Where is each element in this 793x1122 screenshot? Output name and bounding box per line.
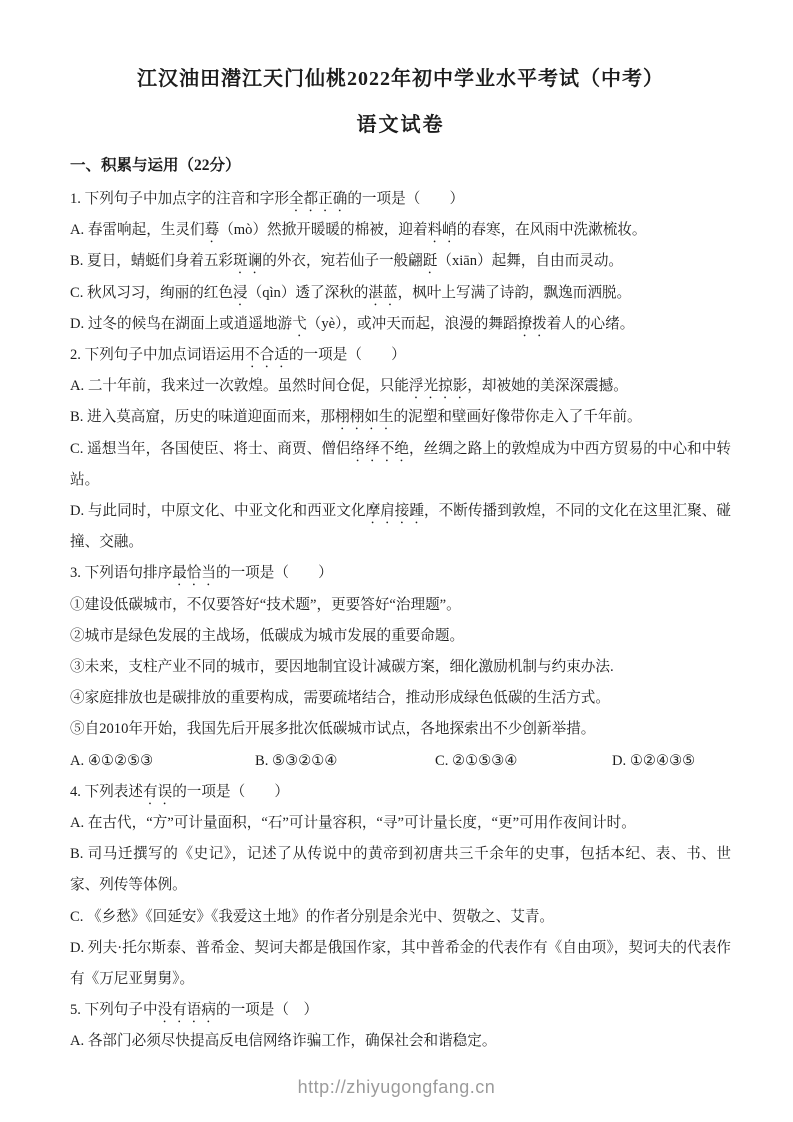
exam-paper-page: 江汉油田潜江天门仙桃2022年初中学业水平考试（中考） 语文试卷 一、积累与运用… [0,0,793,1122]
q3-sentence-4: ④家庭排放也是碳排放的重要构成，需要疏堵结合，推动形成绿色低碳的生活方式。 [70,683,731,714]
q3-choice-a: A. ④①②⑤③ [70,746,255,777]
q2-stem: 2. 下列句子中加点词语运用不合适的一项是（ ） [70,340,731,371]
q4-option-c: C. 《乡愁》《回延安》《我爱这土地》的作者分别是余光中、贺敬之、艾青。 [70,902,731,933]
q3-choice-b: B. ⑤③②①④ [255,746,435,777]
q5-stem: 5. 下列句子中没有语病的一项是（ ） [70,995,731,1026]
q2-option-a: A. 二十年前，我来过一次敦煌。虽然时间仓促，只能浮光掠影，却被她的美深深震撼。 [70,371,731,402]
q3-sentence-5: ⑤自2010年开始，我国先后开展多批次低碳城市试点，各地探索出不少创新举措。 [70,714,731,745]
q1-option-b: B. 夏日，蜻蜓们身着五彩斑谰的外衣，宛若仙子一般翩跹（xiān）起舞，自由而灵… [70,246,731,277]
exam-title: 江汉油田潜江天门仙桃2022年初中学业水平考试（中考） [70,62,731,91]
q3-sentence-2: ②城市是绿色发展的主战场，低碳成为城市发展的重要命题。 [70,621,731,652]
q5-option-a: A. 各部门必须尽快提高反电信网络诈骗工作，确保社会和谐稳定。 [70,1026,731,1057]
q1-option-d: D. 过冬的候鸟在湖面上或逍遥地游弋（yè），或冲天而起，浪漫的舞蹈撩拨着人的心… [70,309,731,340]
exam-subtitle: 语文试卷 [70,108,731,137]
q2-option-d: D. 与此同时，中原文化、中亚文化和西亚文化摩肩接踵，不断传播到敦煌，不同的文化… [70,496,731,558]
q3-sentence-3: ③未来，支柱产业不同的城市，要因地制宜设计减碳方案，细化激励机制与约束办法. [70,652,731,683]
q2-option-c: C. 遥想当年，各国使臣、将士、商贾、僧侣络绎不绝，丝绸之路上的敦煌成为中西方贸… [70,434,731,496]
q1-stem: 1. 下列句子中加点字的注音和字形全都正确的一项是（ ） [70,184,731,215]
q3-sentence-1: ①建设低碳城市，不仅要答好“技术题”，更要答好“治理题”。 [70,590,731,621]
section-heading: 一、积累与运用（22分） [70,153,731,179]
q2-option-b: B. 进入莫高窟，历史的味道迎面而来，那栩栩如生的泥塑和壁画好像带你走入了千年前… [70,402,731,433]
q3-choice-d: D. ①②④③⑤ [612,746,695,777]
q3-choices-row: A. ④①②⑤③ B. ⑤③②①④ C. ②①⑤③④ D. ①②④③⑤ [70,746,731,777]
q3-stem: 3. 下列语句排序最恰当的一项是（ ） [70,558,731,589]
exam-content: 江汉油田潜江天门仙桃2022年初中学业水平考试（中考） 语文试卷 一、积累与运用… [0,62,793,1058]
q4-option-d: D. 列夫·托尔斯泰、普希金、契诃夫都是俄国作家，其中普希金的代表作有《自由项》… [70,933,731,995]
q4-option-a: A. 在古代，“方”可计量面积，“石”可计量容积，“寻”可计量长度，“更”可用作… [70,808,731,839]
q1-option-c: C. 秋风习习，绚丽的红色浸（qìn）透了深秋的湛蓝，枫叶上写满了诗韵，飘逸而洒… [70,278,731,309]
watermark-url: http://zhiyugongfang.cn [0,1077,793,1098]
q4-stem: 4. 下列表述有误的一项是（ ） [70,777,731,808]
q1-option-a: A. 春雷响起，生灵们蓦（mò）然掀开暖暖的棉被，迎着料峭的春寒，在风雨中洗漱梳… [70,215,731,246]
q3-choice-c: C. ②①⑤③④ [435,746,612,777]
q4-option-b: B. 司马迁撰写的《史记》，记述了从传说中的黄帝到初唐共三千余年的史事，包括本纪… [70,839,731,901]
